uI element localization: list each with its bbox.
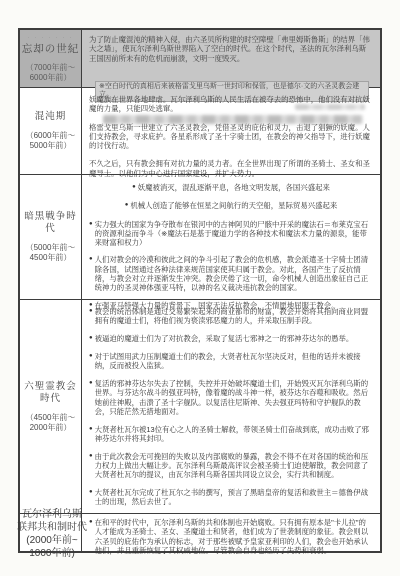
bullet-icon: ● [89,452,93,480]
bullet-icon: ● [89,220,93,248]
era-row-dark-war-era: 暗黒戦争時代 （5000年前～ 4500年前） ● 妖魔被消灭，混乱逐渐平息，各… [20,175,380,300]
bullet-icon: ● [125,201,129,210]
bullet-item: ● 对于试图用武力压制魔道士们的教会，大贤者杜瓦尔坚决反对，但他的话并未被接纳，… [89,352,373,371]
bullet-text: 实力强大的国家为争夺散布在银河中的古神阿贝的尸骸中开采的魔法石＝布莱克宝石的资源… [95,220,373,248]
era-title-line: 瓦尔泽利乌斯 [4,508,100,521]
smudge-redacted-text [295,104,365,110]
era-cell-forgotten-century: · · · · · · · 忘却の世紀 （7000年前～ 6000年前） [20,30,82,87]
bullet-icon: ● [132,183,136,192]
era-ruby: · · · · · · · [28,35,74,41]
era-years: （7000年前～ 6000年前） [21,63,80,83]
era-description-cell: ● 在和平的时代中，瓦尔泽利乌斯的共和体制也开始腐败。只有拥有原本是"卡儿拉"的… [82,514,380,551]
bullet-text: 由于此次教会无可挽回的失败以及内部腐败的暴露，教会不得不在对各国的统治和压力权力… [95,452,373,480]
bullet-text: 复活的邪神芬达尔失去了控制，失控并开始破坏魔道士们，开始毁灭瓦尔泽利乌斯的世界。… [95,379,373,416]
bullet-icon: ● [89,334,93,343]
era-years: （6000年前～ 5000年前） [21,131,80,151]
bullet-text: 教会的统治体制是通过交易繁荣起来的商业都市的财富，教会开始将其指向商业同盟拥有的… [95,307,373,326]
bullet-item: ● 教会的统治体制是通过交易繁荣起来的商业都市的财富，教会开始将其指向商业同盟拥… [89,307,373,326]
era-cell-chaos-period: 混沌期 （6000年前～ 5000年前） [20,88,82,174]
era-cell-federal-republic-era: 瓦尔泽利乌斯 联邦共和制时代 (2000年前~ 1000年前) [20,514,82,551]
era-description-cell: ● 教会的统治体制是通过交易繁荣起来的商业都市的财富，教会开始将其指向商业同盟拥… [82,300,380,513]
era-cell-dark-war-era: 暗黒戦争時代 （5000年前～ 4500年前） [20,175,82,299]
timeline-table: · · · · · · · 忘却の世紀 （7000年前～ 6000年前） 为了防… [18,28,382,553]
bullet-item: ● 在和平的时代中，瓦尔泽利乌斯的共和体制也开始腐败。只有拥有原本是"卡儿拉"的… [89,518,373,555]
bullet-item: ● 妖魔被消灭，混乱逐渐平息，各地文明发展，各国兴盛起来 [89,183,373,192]
bullet-icon: ● [89,425,93,444]
bullet-item: ● 被逼迫的魔道士们为了对抗教会，采取了复活七邪神之一的邪神芬达尔的愚举。 [89,334,373,343]
smudge-redacted-text [103,115,363,124]
bullet-text: 机械人创造了能够在恒星之间航行的天空船，星际贸易兴盛起来 [130,201,337,210]
bullet-text: 被逼迫的魔道士们为了对抗教会，采取了复活七邪神之一的邪神芬达尔的愚举。 [95,334,373,343]
era-title: 六聖霊教会時代 [21,381,80,405]
bullet-text: 大贤者杜瓦尔完成了杜瓦尔之书的撰写，预言了黑暗皇帝的复活和救世主＝德鲁伊战士的出… [95,488,373,507]
era-row-chaos-period: 混沌期 （6000年前～ 5000年前） 妖魔族在世界各地肆虐。瓦尔泽利乌斯的人… [20,88,380,175]
era-row-six-holy-spirits-church-era: 六聖霊教会時代 （4500年前～ 2000年前） ● 教会的统治体制是通过交易繁… [20,300,380,514]
bullet-icon: ● [89,379,93,416]
era-row-forgotten-century: · · · · · · · 忘却の世紀 （7000年前～ 6000年前） 为了防… [20,30,380,88]
bullet-icon: ● [89,307,93,326]
bullet-item: ● 机械人创造了能够在恒星之间航行的天空船，星际贸易兴盛起来 [89,201,373,210]
paragraph: 为了防止魔混沌的精神入侵，由六圣贝所构建的时空障壁「弗里姆斯鲁斯」的结界「伟大之… [89,35,373,63]
era-years: （5000年前～ 4500年前） [21,243,80,263]
era-years-line: 1000年前) [4,547,100,560]
era-title: 混沌期 [35,111,67,123]
bullet-item: ● 由于此次教会无可挽回的失败以及内部腐败的暴露，教会不得不在对各国的统治和压力… [89,452,373,480]
era-row-federal-republic-era: 瓦尔泽利乌斯 联邦共和制时代 (2000年前~ 1000年前) ● 在和平的时代… [20,514,380,551]
bullet-text: 对于试图用武力压制魔道士们的教会，大贤者杜瓦尔坚决反对，但他的话并未被接纳，反而… [95,352,373,371]
era-title-line: 联邦共和制时代 [4,521,100,534]
era-description-cell: 为了防止魔混沌的精神入侵，由六圣贝所构建的时空障壁「弗里姆斯鲁斯」的结界「伟大之… [82,30,380,87]
era-title-overflow: 瓦尔泽利乌斯 联邦共和制时代 (2000年前~ 1000年前) [4,508,100,560]
bullet-text: 在和平的时代中，瓦尔泽利乌斯的共和体制也开始腐败。只有拥有原本是"卡儿拉"的人才… [95,518,373,555]
paragraph: 格雷戈里乌斯一世建立了六圣灵教会，凭借圣灵的庇佑和灵力，击退了猖獗的妖魔。人们支… [89,123,373,151]
bullet-text: 妖魔被消灭，混乱逐渐平息，各地文明发展，各国兴盛起来 [138,183,330,192]
era-title: 暗黒戦争時代 [21,211,80,235]
era-years-line: (2000年前~ [4,534,100,547]
bullet-text: 大贤者杜瓦尔被13位有心之人的圣骑士解救，带领圣骑士们奋战到底，成功击败了邪神芬… [95,425,373,444]
bullet-text: 人们对教会的冷漠和彼此之间的争斗引起了教会的危机感，教会派遣圣十字骑士团清除各国… [95,255,373,292]
bullet-icon: ● [89,488,93,507]
era-title: 忘却の世紀 [22,43,80,55]
era-description-cell: ● 妖魔被消灭，混乱逐渐平息，各地文明发展，各国兴盛起来 ● 机械人创造了能够在… [82,175,380,299]
era-years: （4500年前～ 2000年前） [21,413,80,433]
bullet-item: ● 大贤者杜瓦尔被13位有心之人的圣骑士解救，带领圣骑士们奋战到底，成功击败了邪… [89,425,373,444]
era-description-cell: 妖魔族在世界各地肆虐。瓦尔泽利乌斯的人民生活在被夺去的恐怖中，他们没有对抗妖魔的… [82,88,380,174]
bullet-item: ● 复活的邪神芬达尔失去了控制，失控并开始破坏魔道士们，开始毁灭瓦尔泽利乌斯的世… [89,379,373,416]
bullet-item: ● 人们对教会的冷漠和彼此之间的争斗引起了教会的危机感，教会派遣圣十字骑士团清除… [89,255,373,292]
bullet-item: ● 实力强大的国家为争夺散布在银河中的古神阿贝的尸骸中开采的魔法石＝布莱克宝石的… [89,220,373,248]
bullet-icon: ● [89,255,93,292]
bullet-item: ● 大贤者杜瓦尔完成了杜瓦尔之书的撰写，预言了黑暗皇帝的复活和救世主＝德鲁伊战士… [89,488,373,507]
bullet-icon: ● [89,352,93,371]
era-cell-six-holy-spirits-church-era: 六聖霊教会時代 （4500年前～ 2000年前） [20,300,82,513]
